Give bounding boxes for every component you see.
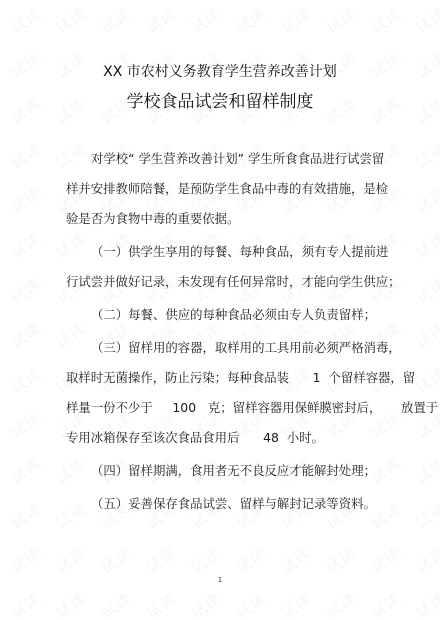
watermark-text: 试读 bbox=[412, 588, 440, 620]
watermark-text: 试读 bbox=[52, 543, 90, 579]
watermark-text: 试读 bbox=[7, 453, 45, 489]
watermark-text: 试读 bbox=[52, 498, 90, 534]
clause-5-line: （五）妥善保存食品试尝、留样与解封记录等资料。 bbox=[91, 495, 376, 513]
watermark-text: 试读 bbox=[322, 588, 360, 620]
document-subtitle: 学校食品试尝和留样制度 bbox=[0, 90, 440, 114]
watermark-text: 试读 bbox=[412, 543, 440, 579]
watermark-text: 试读 bbox=[7, 3, 45, 39]
clause-3-line: 样量一份不少于 100 克；留样容器用保鲜膜密封后， 放置于 bbox=[66, 399, 438, 417]
watermark-text: 试读 bbox=[7, 408, 45, 444]
watermark-text: 试读 bbox=[52, 318, 90, 354]
watermark-text: 试读 bbox=[277, 3, 315, 39]
watermark-text: 试读 bbox=[412, 453, 440, 489]
watermark-text: 试读 bbox=[7, 498, 45, 534]
watermark-text: 试读 bbox=[52, 453, 90, 489]
watermark-text: 试读 bbox=[142, 543, 180, 579]
watermark-text: 试读 bbox=[7, 273, 45, 309]
watermark-text: 试读 bbox=[7, 363, 45, 399]
watermark-text: 试读 bbox=[142, 3, 180, 39]
clause-1-line: 行试尝并做好记录，未发现有任何异常时，才能向学生供应； bbox=[66, 273, 401, 291]
watermark-text: 试读 bbox=[232, 588, 270, 620]
watermark-text: 试读 bbox=[52, 228, 90, 264]
body-line: 对学校“ 学生营养改善计划” 学生所食食品进行试尝留 bbox=[91, 150, 384, 168]
clause-4-line: （四）留样期满，食用者无不良反应才能解封处理； bbox=[91, 462, 376, 480]
watermark-text: 试读 bbox=[232, 3, 270, 39]
watermark-text: 试读 bbox=[412, 318, 440, 354]
watermark-text: 试读 bbox=[52, 3, 90, 39]
watermark-text: 试读 bbox=[277, 588, 315, 620]
watermark-text: 试读 bbox=[52, 588, 90, 620]
clause-3-line: 取样时无菌操作，防止污染；每种食品装 1 个留样容器，留 bbox=[66, 369, 415, 387]
watermark-text: 试读 bbox=[7, 228, 45, 264]
watermark-text: 试读 bbox=[277, 543, 315, 579]
watermark-text: 试读 bbox=[412, 273, 440, 309]
page-number: 1 bbox=[0, 576, 440, 584]
document-title: XX 市农村义务教育学生营养改善计划 bbox=[0, 62, 440, 82]
body-line: 验是否为食物中毒的重要依据。 bbox=[66, 210, 239, 228]
document-page: 试读试读试读试读试读试读试读试读试读试读试读试读试读试读试读试读试读试读试读试读… bbox=[0, 0, 440, 620]
watermark-text: 试读 bbox=[7, 138, 45, 174]
watermark-text: 试读 bbox=[412, 183, 440, 219]
watermark-text: 试读 bbox=[97, 3, 135, 39]
watermark-text: 试读 bbox=[367, 588, 405, 620]
watermark-text: 试读 bbox=[187, 588, 225, 620]
watermark-text: 试读 bbox=[412, 138, 440, 174]
watermark-text: 试读 bbox=[322, 3, 360, 39]
watermark-text: 试读 bbox=[412, 228, 440, 264]
watermark-text: 试读 bbox=[187, 543, 225, 579]
clause-2-line: （二）每餐、供应的每种食品必须由专人负责留样； bbox=[91, 306, 376, 324]
watermark-text: 试读 bbox=[7, 318, 45, 354]
watermark-text: 试读 bbox=[187, 3, 225, 39]
watermark-text: 试读 bbox=[412, 3, 440, 39]
watermark-text: 试读 bbox=[142, 588, 180, 620]
watermark-text: 试读 bbox=[412, 363, 440, 399]
watermark-text: 试读 bbox=[367, 3, 405, 39]
clause-3-line: 专用冰箱保存至该次食品食用后 48 小时。 bbox=[66, 429, 324, 447]
watermark-text: 试读 bbox=[97, 588, 135, 620]
watermark-text: 试读 bbox=[7, 543, 45, 579]
body-line: 样并安排教师陪餐，是预防学生食品中毒的有效措施，是检 bbox=[66, 180, 388, 198]
watermark-text: 试读 bbox=[412, 498, 440, 534]
watermark-text: 试读 bbox=[367, 543, 405, 579]
watermark-text: 试读 bbox=[7, 183, 45, 219]
watermark-text: 试读 bbox=[97, 543, 135, 579]
watermark-text: 试读 bbox=[232, 543, 270, 579]
clause-1-line: （一）供学生享用的每餐、每种食品，须有专人提前进 bbox=[91, 243, 388, 261]
watermark-text: 试读 bbox=[322, 543, 360, 579]
clause-3-line: （三）留样用的容器，取样用的工具用前必须严格消毒， bbox=[91, 339, 401, 357]
watermark-text: 试读 bbox=[52, 138, 90, 174]
watermark-text: 试读 bbox=[7, 588, 45, 620]
